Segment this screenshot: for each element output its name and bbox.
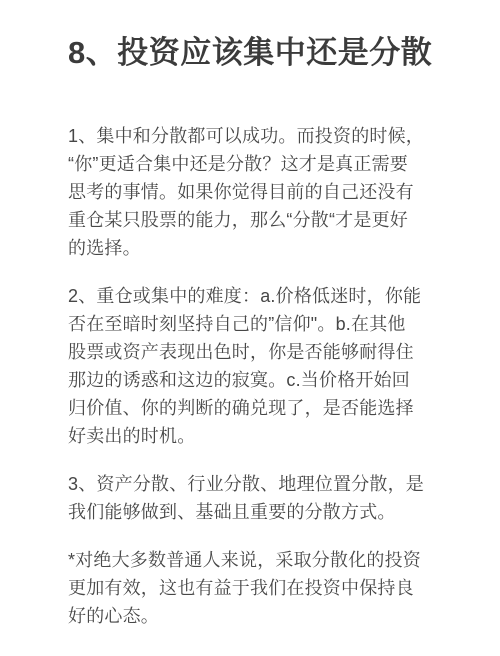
paragraph-point-3: 3、资产分散、行业分散、地理位置分散，是 我们能够做到、基础且重要的分散方式。 xyxy=(68,470,454,526)
paragraph-point-2: 2、重仓或集中的难度：a.价格低迷时，你能 否在至暗时刻坚持自己的”信仰"。b.… xyxy=(68,282,454,450)
article-title: 8、投资应该集中还是分散 xyxy=(68,34,454,71)
article-page: 8、投资应该集中还是分散 1、集中和分散都可以成功。而投资的时候， “你”更适合… xyxy=(0,0,500,656)
paragraph-footnote: *对绝大多数普通人来说，采取分散化的投资 更加有效，这也有益于我们在投资中保持良… xyxy=(68,546,454,630)
paragraph-point-1: 1、集中和分散都可以成功。而投资的时候， “你”更适合集中还是分散？这才是真正需… xyxy=(68,122,454,262)
